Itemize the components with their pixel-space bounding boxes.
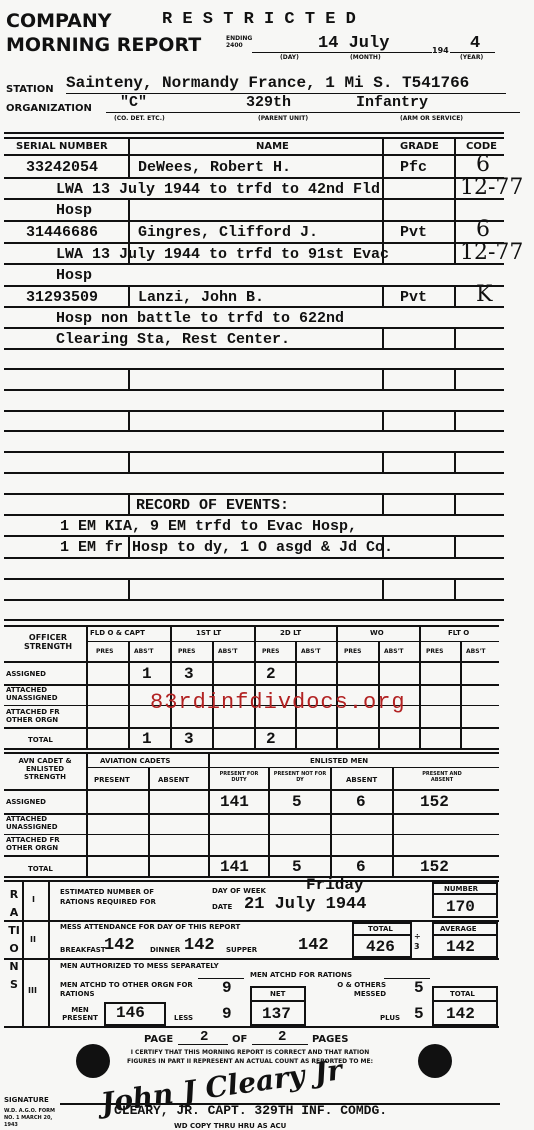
row-rule: [4, 599, 504, 601]
remark: Hosp: [56, 202, 92, 219]
row-rule: [4, 198, 504, 200]
row-rule: [4, 451, 504, 453]
rule: [432, 1000, 498, 1002]
col-sep: [382, 451, 384, 473]
rule: [198, 978, 244, 979]
of-label: OF: [232, 1034, 247, 1045]
col-sep: [454, 242, 456, 264]
col-present-not-for-duty: PRESENT NOT FOR DY: [272, 771, 328, 783]
row-attached-other-label: ATTACHED FR OTHER ORGN: [6, 708, 76, 724]
sub-pres: PRES: [96, 648, 113, 655]
total-absent: 6: [356, 858, 366, 876]
col-sep: [382, 198, 384, 220]
col-sep: [254, 625, 256, 749]
organization-label: ORGANIZATION: [6, 103, 92, 114]
sub-pres: PRES: [178, 648, 195, 655]
org-arm: Infantry: [356, 94, 428, 111]
record-of-events-line-2: 1 EM fr Hosp to dy, 1 O asgd & Jd Co.: [60, 539, 393, 556]
mess-total-value: 426: [366, 938, 395, 956]
rule: [352, 934, 412, 936]
col-sep: [454, 220, 456, 242]
table-top-rule: [4, 132, 504, 134]
rule: [432, 893, 498, 895]
col-sep: [48, 880, 50, 1028]
remark: LWA 13 July 1944 to trfd to 42nd Fld: [56, 181, 380, 198]
average-value: 142: [446, 938, 475, 956]
row-attached-unassigned-label: ATTACHED UNASSIGNED: [6, 815, 76, 831]
grade: Pvt: [400, 224, 427, 241]
col-sep: [382, 327, 384, 349]
men-present-value: 146: [116, 1004, 145, 1022]
org-company-label: (CO. DET. ETC.): [114, 115, 165, 122]
rule: [4, 834, 499, 835]
number-value: 170: [446, 898, 475, 916]
col-sep: [268, 767, 270, 876]
row-rule: [4, 557, 504, 559]
col-sep: [128, 493, 130, 515]
row-rule: [4, 220, 504, 222]
org-parent-unit: 329th: [246, 94, 291, 111]
group-1st-lt: 1ST LT: [196, 629, 221, 637]
col-sep: [170, 625, 172, 749]
rule: [4, 684, 499, 686]
assigned-1stlt-pres: 3: [184, 665, 194, 683]
col-sep: [382, 578, 384, 600]
signature-label: SIGNATURE: [4, 1096, 49, 1104]
day-of-week-label: DAY OF WEEK: [212, 887, 266, 895]
col-sep: [148, 767, 150, 876]
group-flt-o: FLT O: [448, 629, 469, 637]
row-attached-unassigned-label: ATTACHED UNASSIGNED: [6, 686, 76, 702]
code: 6: [476, 152, 490, 177]
others-messed-label: O & OTHERS MESSED: [316, 981, 386, 999]
year-prefix: 194: [432, 46, 449, 55]
mess-separately-label: MEN AUTHORIZED TO MESS SEPARATELY: [60, 962, 240, 971]
remark: Hosp: [56, 267, 92, 284]
sub-abst: ABS'T: [218, 648, 237, 655]
title-morning-report: MORNING REPORT: [6, 34, 201, 56]
col-sep: [336, 625, 338, 749]
row-rule: [4, 389, 504, 391]
col-sep: [128, 410, 130, 432]
serial-number: 31293509: [26, 289, 98, 306]
rule: [4, 752, 499, 754]
row-attached-other-label: ATTACHED FR OTHER ORGN: [6, 836, 76, 852]
less-label: LESS: [174, 1014, 193, 1022]
month-label: (MONTH): [350, 54, 381, 61]
total-1stlt-pres: 3: [184, 730, 194, 748]
total-fld-abst: 1: [142, 730, 152, 748]
col-sep: [128, 285, 130, 307]
col-sep: [382, 368, 384, 390]
person-name: DeWees, Robert H.: [138, 159, 291, 176]
station-value: Sainteny, Normandy France, 1 Mi S. T5417…: [66, 74, 469, 92]
org-parent-label: (PARENT UNIT): [258, 115, 308, 122]
sub-pres: PRES: [426, 648, 443, 655]
row-rule: [4, 514, 504, 516]
classification-stamp: R E S T R I C T E D: [162, 10, 356, 29]
col-sep: [330, 767, 332, 876]
day-label: (DAY): [280, 54, 299, 61]
rule: [4, 661, 499, 663]
total-pages: 2: [278, 1029, 286, 1045]
row-rule: [4, 306, 504, 308]
row-rule: [4, 410, 504, 412]
serial-number: 31446686: [26, 224, 98, 241]
col-sep: [128, 578, 130, 600]
rations-side-label: RATIONS: [8, 886, 20, 994]
rule: [88, 641, 499, 642]
signer-name-rank: CLEARY, JR. CAPT. 329TH INF. COMDG.: [114, 1103, 387, 1118]
avn-enlisted-strength-label: AVN CADET & ENLISTED STRENGTH: [10, 757, 80, 781]
atchd-for-rations-label: MEN ATCHD FOR RATIONS: [250, 971, 352, 979]
rule: [4, 748, 499, 750]
col-sep: [454, 578, 456, 600]
grade: Pvt: [400, 289, 427, 306]
remark: Clearing Sta, Rest Center.: [56, 331, 290, 348]
total-2dlt-pres: 2: [266, 730, 276, 748]
col-sep: [208, 752, 210, 876]
col-grade: GRADE: [400, 141, 439, 152]
atchd-other-orgn-value: 9: [222, 979, 232, 997]
record-of-events-line-1: 1 EM KIA, 9 EM trfd to Evac Hosp,: [60, 518, 357, 535]
col-sep: [454, 177, 456, 199]
page-label: PAGE: [144, 1034, 173, 1045]
rule: [4, 789, 499, 791]
col-sep: [382, 177, 384, 199]
sub-abst: ABS'T: [384, 648, 403, 655]
row-rule: [4, 285, 504, 287]
col-present-and-absent: PRESENT AND ABSENT: [412, 771, 472, 783]
breakfast-value: 142: [104, 936, 135, 955]
row-rule: [4, 154, 504, 156]
section-i-number: I: [32, 895, 35, 904]
org-arm-label: (ARM OR SERVICE): [400, 115, 463, 122]
row-rule: [4, 493, 504, 495]
col-sep: [382, 137, 384, 177]
record-of-events-title: RECORD OF EVENTS:: [136, 497, 289, 514]
rations-date-value: 21 July 1944: [244, 895, 366, 914]
estimated-rations-label: ESTIMATED NUMBER OF RATIONS REQUIRED FOR: [60, 887, 190, 907]
breakfast-label: BREAKFAST: [60, 946, 106, 954]
rule: [4, 876, 499, 878]
col-sep: [382, 493, 384, 515]
day-of-week-value: Friday: [306, 876, 364, 894]
col-sep: [454, 493, 456, 515]
rule: [4, 813, 499, 815]
mess-attendance-label: MESS ATTENDANCE FOR DAY OF THIS REPORT: [60, 923, 240, 931]
dinner-label: DINNER: [150, 946, 180, 954]
col-sep: [382, 285, 384, 307]
rule: [4, 1026, 499, 1028]
col-sep: [419, 625, 421, 749]
row-rule: [4, 263, 504, 265]
col-absent: ABSENT: [158, 776, 189, 784]
section-ii-number: II: [30, 935, 36, 944]
row-total-label: TOTAL: [28, 865, 53, 873]
others-messed-value: 5: [414, 979, 424, 997]
row-rule: [4, 535, 504, 537]
grade: Pfc: [400, 159, 427, 176]
form-number: W.D. A.G.O. FORM NO. 1 MARCH 20, 1943: [4, 1108, 64, 1129]
rations-total-value: 142: [446, 1005, 475, 1023]
group-2d-lt: 2D LT: [280, 629, 301, 637]
dinner-value: 142: [184, 936, 215, 955]
person-name: Lanzi, John B.: [138, 289, 264, 306]
assigned-absent: 6: [356, 793, 366, 811]
col-sep: [128, 451, 130, 473]
col-present: PRESENT: [94, 776, 130, 784]
code: K: [476, 282, 492, 307]
year-label: (YEAR): [460, 54, 483, 61]
punch-hole-right: [418, 1044, 452, 1078]
assigned-present-for-duty: 141: [220, 793, 249, 811]
officer-strength-label: OFFICER STRENGTH: [18, 633, 78, 651]
row-rule: [4, 578, 504, 580]
group-fld-o-capt: FLD O & CAPT: [90, 629, 145, 637]
col-sep: [454, 451, 456, 473]
remark: LWA 13 July 1944 to trfd to 91st Evac: [56, 246, 389, 263]
assigned-2dlt-pres: 2: [266, 665, 276, 683]
org-company: "C": [120, 94, 147, 111]
code: 12-77: [460, 240, 523, 265]
col-sep: [454, 410, 456, 432]
supper-label: SUPPER: [226, 946, 257, 954]
sub-abst: ABS'T: [466, 648, 485, 655]
assigned-present-and-absent: 152: [420, 793, 449, 811]
punch-hole-left: [76, 1044, 110, 1078]
col-sep: [22, 880, 24, 1028]
col-code: CODE: [466, 141, 497, 152]
number-label: NUMBER: [444, 885, 478, 893]
mess-total-label: TOTAL: [368, 925, 393, 933]
col-sep: [454, 327, 456, 349]
rule: [4, 880, 499, 882]
row-rule: [4, 619, 504, 621]
col-sep: [382, 410, 384, 432]
sub-pres: PRES: [344, 648, 361, 655]
col-present-for-duty: PRESENT FOR DUTY: [212, 771, 266, 783]
row-rule: [4, 472, 504, 474]
person-name: Gingres, Clifford J.: [138, 224, 318, 241]
col-sep: [128, 641, 130, 749]
average-label: AVERAGE: [440, 925, 476, 933]
divide-by-three: ÷ 3: [414, 932, 426, 952]
col-sep: [454, 535, 456, 557]
supper-value: 142: [298, 936, 329, 955]
col-name: NAME: [256, 141, 289, 152]
date-label: DATE: [212, 903, 232, 911]
col-sep: [128, 368, 130, 390]
row-rule: [4, 430, 504, 432]
total-present-and-absent: 152: [420, 858, 449, 876]
row-rule: [4, 177, 504, 179]
sub-abst: ABS'T: [301, 648, 320, 655]
watermark-text: 83rdinfdivdocs.org: [150, 690, 406, 715]
table-header-rule: [4, 137, 504, 139]
row-rule: [4, 242, 504, 244]
net-value: 137: [262, 1005, 291, 1023]
col-sep: [454, 198, 456, 220]
rule: [4, 855, 499, 857]
morning-report-document: COMPANY MORNING REPORT R E S T R I C T E…: [0, 0, 534, 1130]
men-present-label: MEN PRESENT: [60, 1006, 100, 1022]
row-total-label: TOTAL: [28, 736, 53, 744]
assigned-fld-abst: 1: [142, 665, 152, 683]
col-sep: [128, 137, 130, 177]
report-year: 4: [470, 34, 480, 53]
page-number: 2: [200, 1029, 208, 1045]
col-sep: [128, 220, 130, 242]
serial-number: 33242054: [26, 159, 98, 176]
row-rule: [4, 348, 504, 350]
station-label: STATION: [6, 84, 54, 95]
row-assigned-label: ASSIGNED: [6, 670, 46, 678]
total-present-not-for-duty: 5: [292, 858, 302, 876]
atchd-other-orgn-label: MEN ATCHD TO OTHER ORGN FOR RATIONS: [60, 981, 200, 999]
col-absent-em: ABSENT: [346, 776, 377, 784]
rule: [4, 625, 499, 627]
col-sep: [454, 285, 456, 307]
section-iii-number: III: [28, 986, 37, 995]
code: 12-77: [460, 175, 523, 200]
rule: [4, 958, 499, 960]
col-sep: [128, 198, 130, 220]
sub-abst: ABS'T: [134, 648, 153, 655]
col-serial-number: SERIAL NUMBER: [16, 141, 108, 152]
aviation-cadets-header: AVIATION CADETS: [100, 757, 170, 765]
sub-pres: PRES: [262, 648, 279, 655]
col-sep: [454, 368, 456, 390]
code: 6: [476, 217, 490, 242]
row-rule: [4, 368, 504, 370]
remark: Hosp non battle to trfd to 622nd: [56, 310, 344, 327]
report-day-month: 14 July: [318, 34, 389, 53]
copy-note: WD COPY THRU HRU AS ACU: [174, 1122, 286, 1130]
enlisted-men-header: ENLISTED MEN: [310, 757, 368, 765]
col-sep: [86, 752, 88, 876]
col-sep: [382, 220, 384, 242]
rule: [432, 934, 498, 936]
rule: [4, 920, 499, 922]
ending-label: ENDING 2400: [226, 35, 250, 49]
col-sep: [86, 625, 88, 749]
col-sep: [460, 641, 462, 749]
total-present-for-duty: 141: [220, 858, 249, 876]
col-sep: [454, 137, 456, 177]
col-sep: [392, 767, 394, 876]
row-rule: [4, 327, 504, 329]
rule: [250, 1000, 306, 1002]
pages-label: PAGES: [312, 1034, 348, 1045]
group-wo: WO: [370, 629, 384, 637]
assigned-present-not-for-duty: 5: [292, 793, 302, 811]
less-value: 9: [222, 1005, 232, 1023]
plus-label: PLUS: [380, 1014, 400, 1022]
rations-total-label: TOTAL: [450, 990, 475, 998]
rule: [4, 727, 499, 729]
title-company: COMPANY: [6, 10, 112, 32]
plus-value: 5: [414, 1005, 424, 1023]
net-label: NET: [270, 990, 285, 998]
row-assigned-label: ASSIGNED: [6, 798, 46, 806]
org-underline: [106, 112, 520, 113]
